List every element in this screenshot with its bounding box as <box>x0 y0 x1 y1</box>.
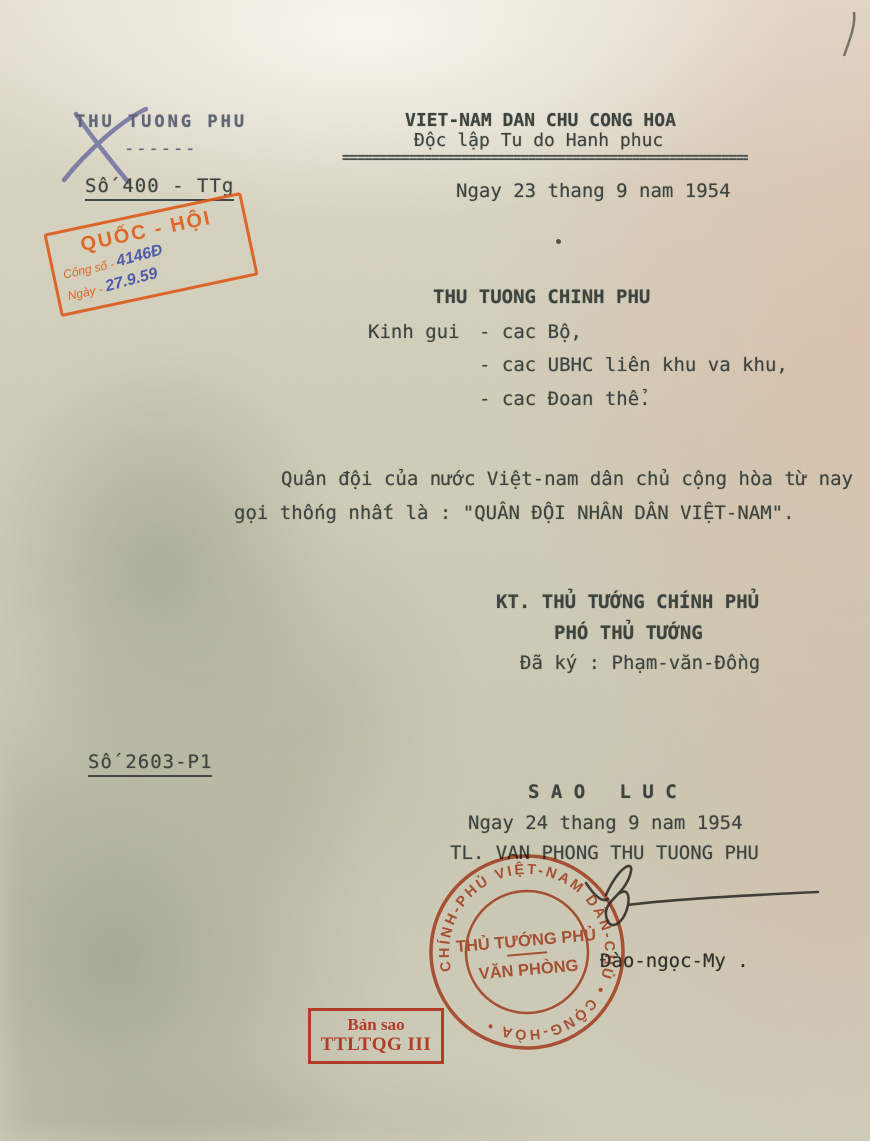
signer-subtitle: PHÓ THỦ TƯỚNG <box>554 623 703 645</box>
copy-signer-name: Đào-ngọc-My . <box>600 951 749 973</box>
letterhead-divider: ========================================… <box>342 150 748 166</box>
copy-ref-number: Số 2603-P1 <box>88 752 212 777</box>
recipient-item: - cac Bộ, <box>479 322 582 344</box>
sender-heading: THU TUONG CHINH PHU <box>433 287 650 309</box>
handwritten-signature <box>572 855 827 950</box>
salutation: Kinh gui <box>368 322 460 344</box>
archive-stamp-line2: TTLTQG III <box>321 1035 431 1056</box>
pen-corner-mark <box>838 10 862 65</box>
issuing-office: THU TUONG PHU <box>75 113 247 133</box>
body-line: gọi thống nhất là : "QUÂN ĐỘI NHÂN DÂN V… <box>234 503 795 525</box>
archive-stamp: Bản sao TTLTQG III <box>308 1008 444 1064</box>
country-name: VIET-NAM DAN CHU CONG HOA <box>405 111 676 132</box>
signed-by: Đã ký : Phạm-văn-Đồng <box>520 653 760 675</box>
recipient-item: - cac UBHC liên khu va khu, <box>479 355 788 377</box>
signer-title: KT. THỦ TƯỚNG CHÍNH PHỦ <box>496 592 759 614</box>
document-date: Ngay 23 thang 9 nam 1954 <box>456 181 731 203</box>
national-motto: Độc lập Tu do Hanh phuc <box>414 131 663 152</box>
body-line: Quân đội của nước Việt-nam dân chủ cộng … <box>281 469 853 491</box>
archive-stamp-line1: Bản sao <box>347 1016 404 1035</box>
scanned-document: THU TUONG PHU ------ Số 400 - TTg VIET-N… <box>0 0 870 1141</box>
copy-heading: S A O L U C <box>528 782 677 804</box>
registry-date-label: Ngày - <box>66 282 103 303</box>
copy-date: Ngay 24 thang 9 nam 1954 <box>468 813 743 835</box>
registry-stamp: QUỐC - HỘI Công số - 4146Đ Ngày - 27.9.5… <box>43 192 258 317</box>
seal-center-line2: VĂN PHÒNG <box>478 956 579 984</box>
ink-dot <box>556 239 561 244</box>
office-divider: ------ <box>124 140 197 160</box>
recipient-item: - cac Đoan thể. <box>479 389 651 411</box>
